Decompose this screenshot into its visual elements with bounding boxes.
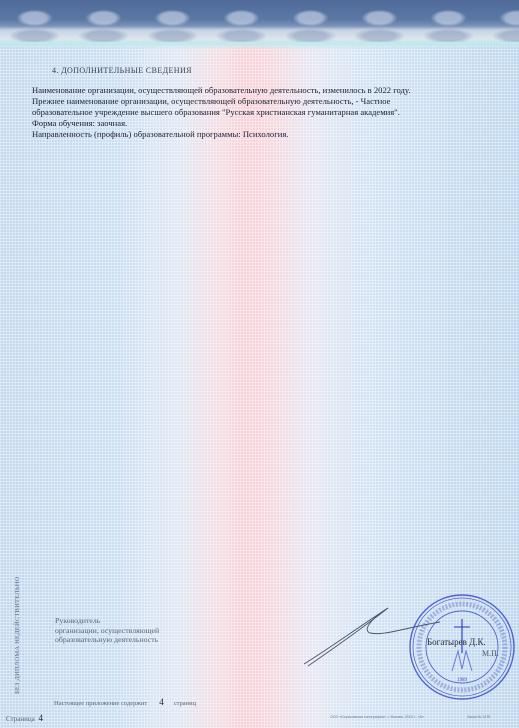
diploma-supplement-page: 4. Дополнительные сведения Наименование … bbox=[0, 0, 519, 728]
page-label: Страница bbox=[6, 715, 35, 723]
info-line: Направленность (профиль) образовательной… bbox=[32, 129, 472, 140]
info-line: образовательное учреждение высшего образ… bbox=[32, 107, 472, 118]
signer-name: Богатырев Д.К. bbox=[427, 637, 486, 647]
border-ornament bbox=[0, 0, 519, 42]
official-stamp-icon: 1989 bbox=[408, 593, 516, 701]
ornamental-border bbox=[0, 0, 519, 50]
label-line: организации, осуществляющей bbox=[55, 626, 159, 636]
additional-info-section: 4. Дополнительные сведения Наименование … bbox=[32, 66, 472, 140]
page-number: Страница 4 bbox=[6, 713, 43, 723]
section-title: 4. Дополнительные сведения bbox=[52, 66, 472, 76]
page-number-value: 4 bbox=[38, 713, 43, 723]
order-info: Заказ № 1475 bbox=[467, 715, 490, 719]
info-lines: Наименование организации, осуществляющей… bbox=[32, 85, 472, 140]
page-count-statement: Настоящее приложение содержит4страниц bbox=[54, 697, 196, 707]
printer-info: ООО «Борисовская типография», г. Москва,… bbox=[330, 715, 424, 719]
head-of-organization-label: Руководитель организации, осуществляющей… bbox=[55, 616, 159, 645]
info-line: Форма обучения: заочная. bbox=[32, 118, 472, 129]
svg-text:1989: 1989 bbox=[457, 678, 468, 683]
validity-note: Без диплома недействительно bbox=[14, 574, 28, 694]
seal-mark: М.П. bbox=[482, 649, 499, 658]
info-line: Прежнее наименование организации, осущес… bbox=[32, 96, 472, 107]
pages-suffix: страниц bbox=[174, 700, 196, 707]
label-line: образовательную деятельность bbox=[55, 635, 159, 645]
pages-count: 4 bbox=[159, 697, 164, 707]
pages-prefix: Настоящее приложение содержит bbox=[54, 700, 147, 707]
label-line: Руководитель bbox=[55, 616, 159, 626]
info-line: Наименование организации, осуществляющей… bbox=[32, 85, 472, 96]
